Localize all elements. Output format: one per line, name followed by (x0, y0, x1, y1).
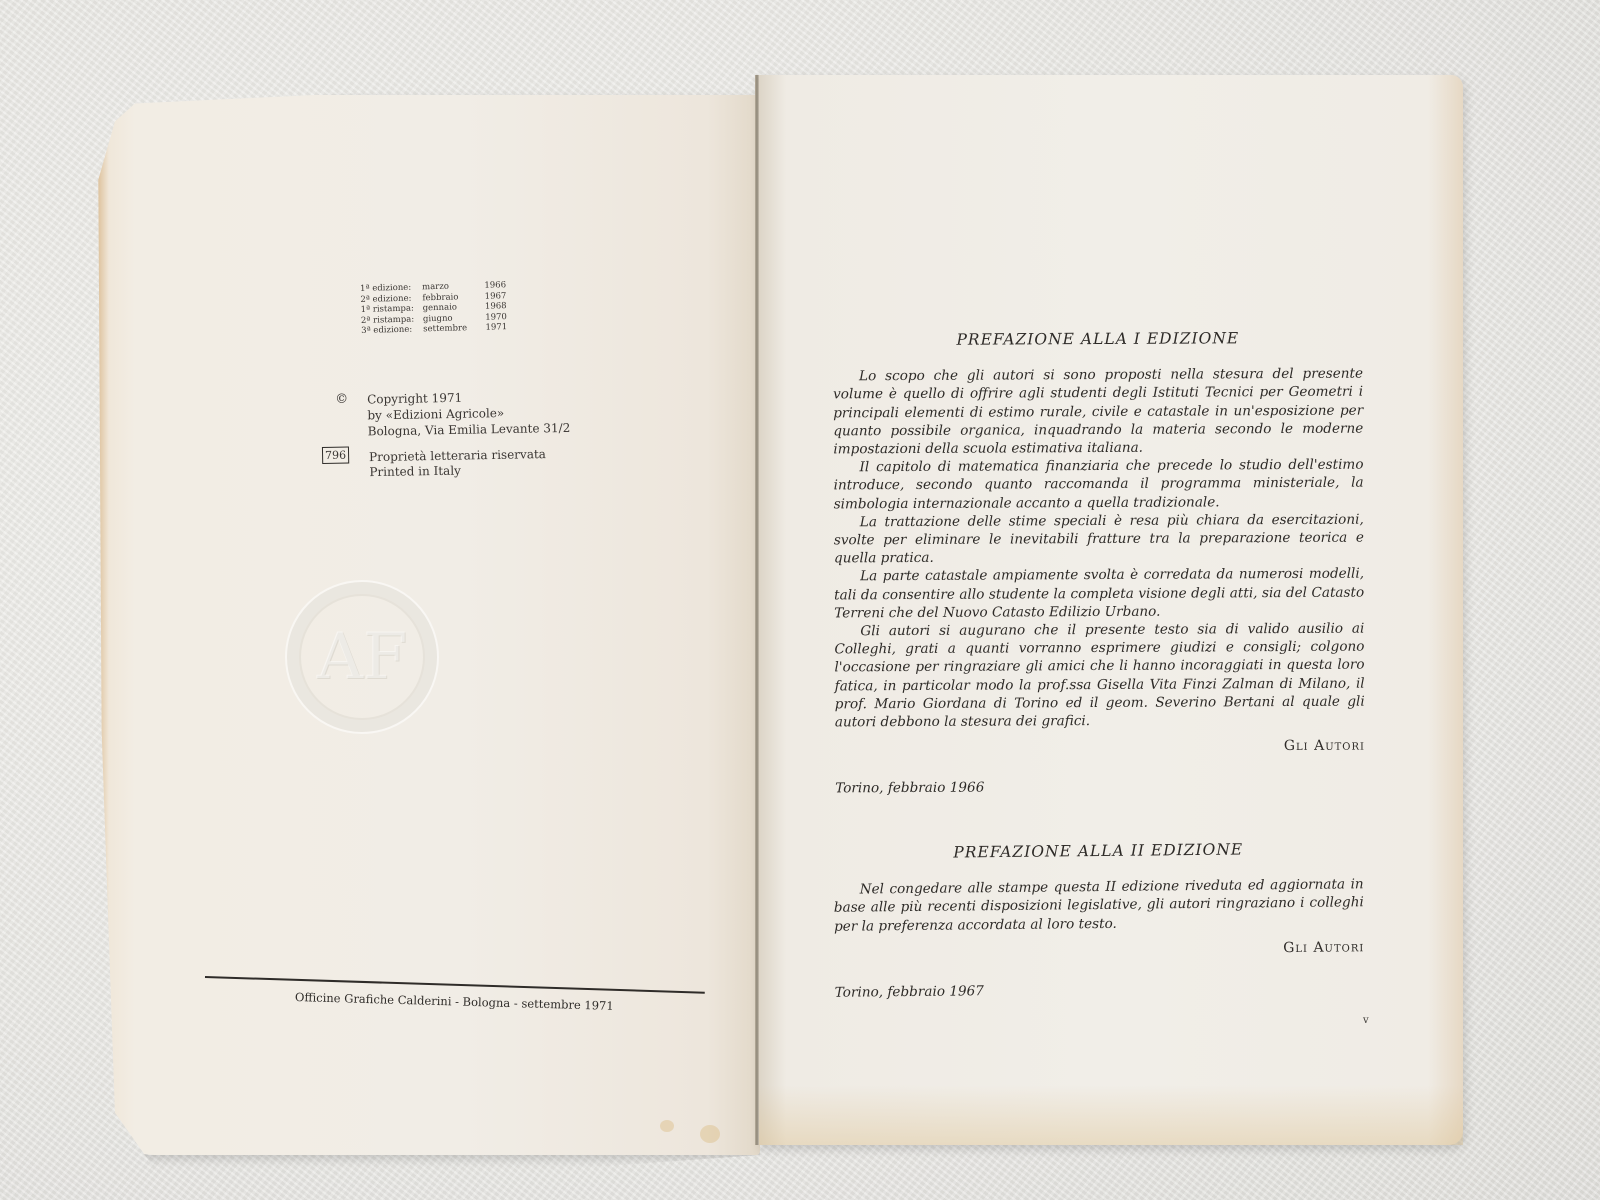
foxing-stain (700, 1125, 720, 1143)
preface-paragraph: Il capitolo di matematica finanziaria ch… (833, 456, 1363, 513)
book-spine-gutter (755, 75, 759, 1145)
authors-signature: Gli Autori (834, 938, 1364, 962)
preface-title: PREFAZIONE ALLA I EDIZIONE (833, 329, 1363, 350)
preface-paragraph: Gli autori si augurano che il presente t… (834, 620, 1365, 732)
edition-history: 1ª edizione: marzo 1966 2ª edizione: feb… (360, 280, 507, 336)
preface-paragraph: La parte catastale ampiamente svolta è c… (834, 565, 1364, 622)
copyright-icon: © (335, 392, 348, 408)
rights-reserved-line: Proprietà letteraria riservata (369, 447, 546, 465)
catalog-code-box: 796 (322, 447, 349, 464)
preface-paragraph: Nel congedare alle stampe questa II ediz… (834, 875, 1365, 935)
foxing-stain (660, 1120, 674, 1132)
publisher-emboss-seal-icon (285, 580, 439, 734)
preface-second-edition: PREFAZIONE ALLA II EDIZIONE Nel congedar… (833, 839, 1365, 1002)
page-number: v (1363, 1015, 1369, 1026)
authors-signature: Gli Autori (835, 737, 1365, 758)
preface-first-edition: PREFAZIONE ALLA I EDIZIONE Lo scopo che … (833, 329, 1365, 798)
copyright-notice: © Copyright 1971 by «Edizioni Agricole» … (335, 388, 570, 440)
preface-paragraph: Lo scopo che gli autori si sono proposti… (833, 365, 1363, 459)
printed-in-line: Printed in Italy (369, 462, 546, 480)
rights-notice: 796 Proprietà letteraria riservata Print… (322, 447, 546, 481)
place-date: Torino, febbraio 1966 (835, 777, 1365, 798)
preface-paragraph: La trattazione delle stime speciali è re… (834, 510, 1364, 567)
